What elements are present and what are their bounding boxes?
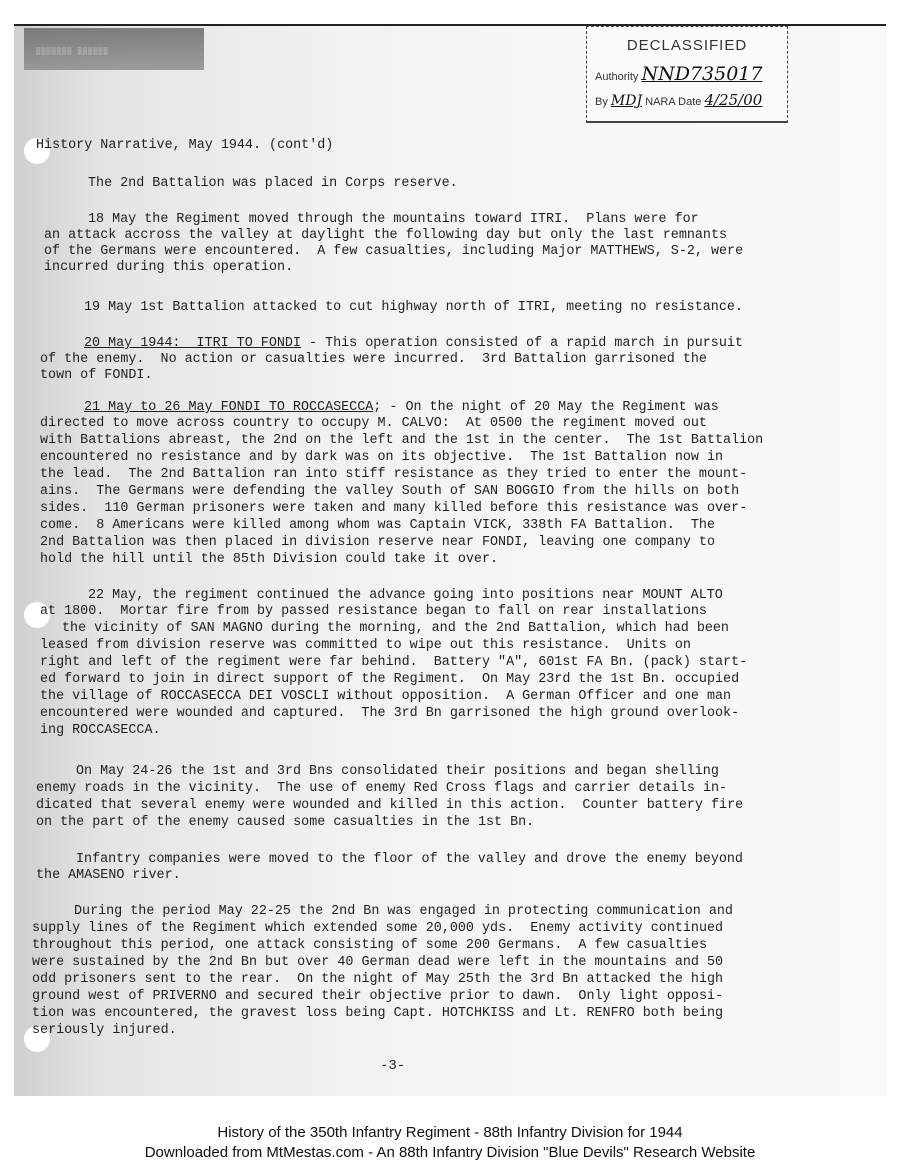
paragraph-line: The 2nd Battalion was placed in Corps re…	[88, 176, 458, 192]
paragraph-line: come. 8 Americans were killed among whom…	[40, 518, 715, 534]
section-heading: 21 May to 26 May FONDI TO ROCCASECCA	[84, 400, 373, 415]
paragraph-line: ed forward to join in direct support of …	[40, 672, 739, 688]
paragraph-line: of the enemy. No action or casualties we…	[40, 352, 707, 368]
paragraph-line: town of FONDI.	[40, 368, 153, 384]
paragraph-line: the AMASENO river.	[36, 868, 181, 884]
paragraph-line: were sustained by the 2nd Bn but over 40…	[32, 955, 723, 971]
paragraph-line: During the period May 22-25 the 2nd Bn w…	[74, 904, 733, 920]
paragraph-line: ; - On the night of 20 May the Regiment …	[373, 400, 719, 415]
paragraph-line: on the part of the enemy caused some cas…	[36, 815, 534, 831]
paragraph-line: 2nd Battalion was then placed in divisio…	[40, 535, 715, 551]
paragraph-line: dicated that several enemy were wounded …	[36, 798, 743, 814]
paragraph-line: - This operation consisted of a rapid ma…	[301, 336, 743, 351]
paragraph-line: tion was encountered, the gravest loss b…	[32, 1006, 723, 1022]
document-title: History Narrative, May 1944. (cont'd)	[36, 138, 333, 154]
paragraph-line: Infantry companies were moved to the flo…	[76, 852, 743, 868]
paragraph-line: directed to move across country to occup…	[40, 416, 707, 432]
paragraph-line: leased from division reserve was committ…	[40, 638, 691, 654]
footer-line-2: Downloaded from MtMestas.com - An 88th I…	[0, 1144, 900, 1161]
page-number: -3-	[380, 1058, 405, 1074]
document-body: History Narrative, May 1944. (cont'd) Th…	[0, 0, 900, 859]
section-heading: 20 May 1944: ITRI TO FONDI	[84, 336, 301, 351]
paragraph-line: the lead. The 2nd Battalion ran into sti…	[40, 467, 747, 483]
paragraph-line: right and left of the regiment were far …	[40, 655, 747, 671]
paragraph-line: throughout this period, one attack consi…	[32, 938, 707, 954]
paragraph-line: hold the hill until the 85th Division co…	[40, 552, 498, 568]
paragraph-line: 18 May the Regiment moved through the mo…	[88, 212, 699, 228]
paragraph-line: the village of ROCCASECCA DEI VOSCLI wit…	[40, 689, 731, 705]
paragraph-line: 19 May 1st Battalion attacked to cut hig…	[84, 300, 743, 316]
paragraph-line: incurred during this operation.	[44, 260, 293, 276]
paragraph-line: ing ROCCASECCA.	[40, 723, 161, 739]
paragraph-line: ground west of PRIVERNO and secured thei…	[32, 989, 723, 1005]
paragraph-line: with Battalions abreast, the 2nd on the …	[40, 433, 763, 449]
paragraph-line: odd prisoners sent to the rear. On the n…	[32, 972, 723, 988]
paragraph-line: supply lines of the Regiment which exten…	[32, 921, 723, 937]
paragraph-line: encountered were wounded and captured. T…	[40, 706, 739, 722]
paragraph-line: an attack accross the valley at daylight…	[44, 228, 727, 244]
paragraph-line: the vicinity of SAN MAGNO during the mor…	[62, 621, 729, 637]
paragraph-line: of the Germans were encountered. A few c…	[44, 244, 743, 260]
footer-line-1: History of the 350th Infantry Regiment -…	[0, 1124, 900, 1141]
paragraph-line: enemy roads in the vicinity. The use of …	[36, 781, 727, 797]
paragraph-line: encountered no resistance and by dark wa…	[40, 450, 723, 466]
paragraph-line: 22 May, the regiment continued the advan…	[88, 588, 723, 604]
paragraph-line: ains. The Germans were defending the val…	[40, 484, 739, 500]
paragraph-line: sides. 110 German prisoners were taken a…	[40, 501, 747, 517]
paragraph-line: at 1800. Mortar fire from by passed resi…	[40, 604, 707, 620]
paragraph-line: seriously injured.	[32, 1023, 177, 1039]
paragraph-line: On May 24-26 the 1st and 3rd Bns consoli…	[76, 764, 719, 780]
